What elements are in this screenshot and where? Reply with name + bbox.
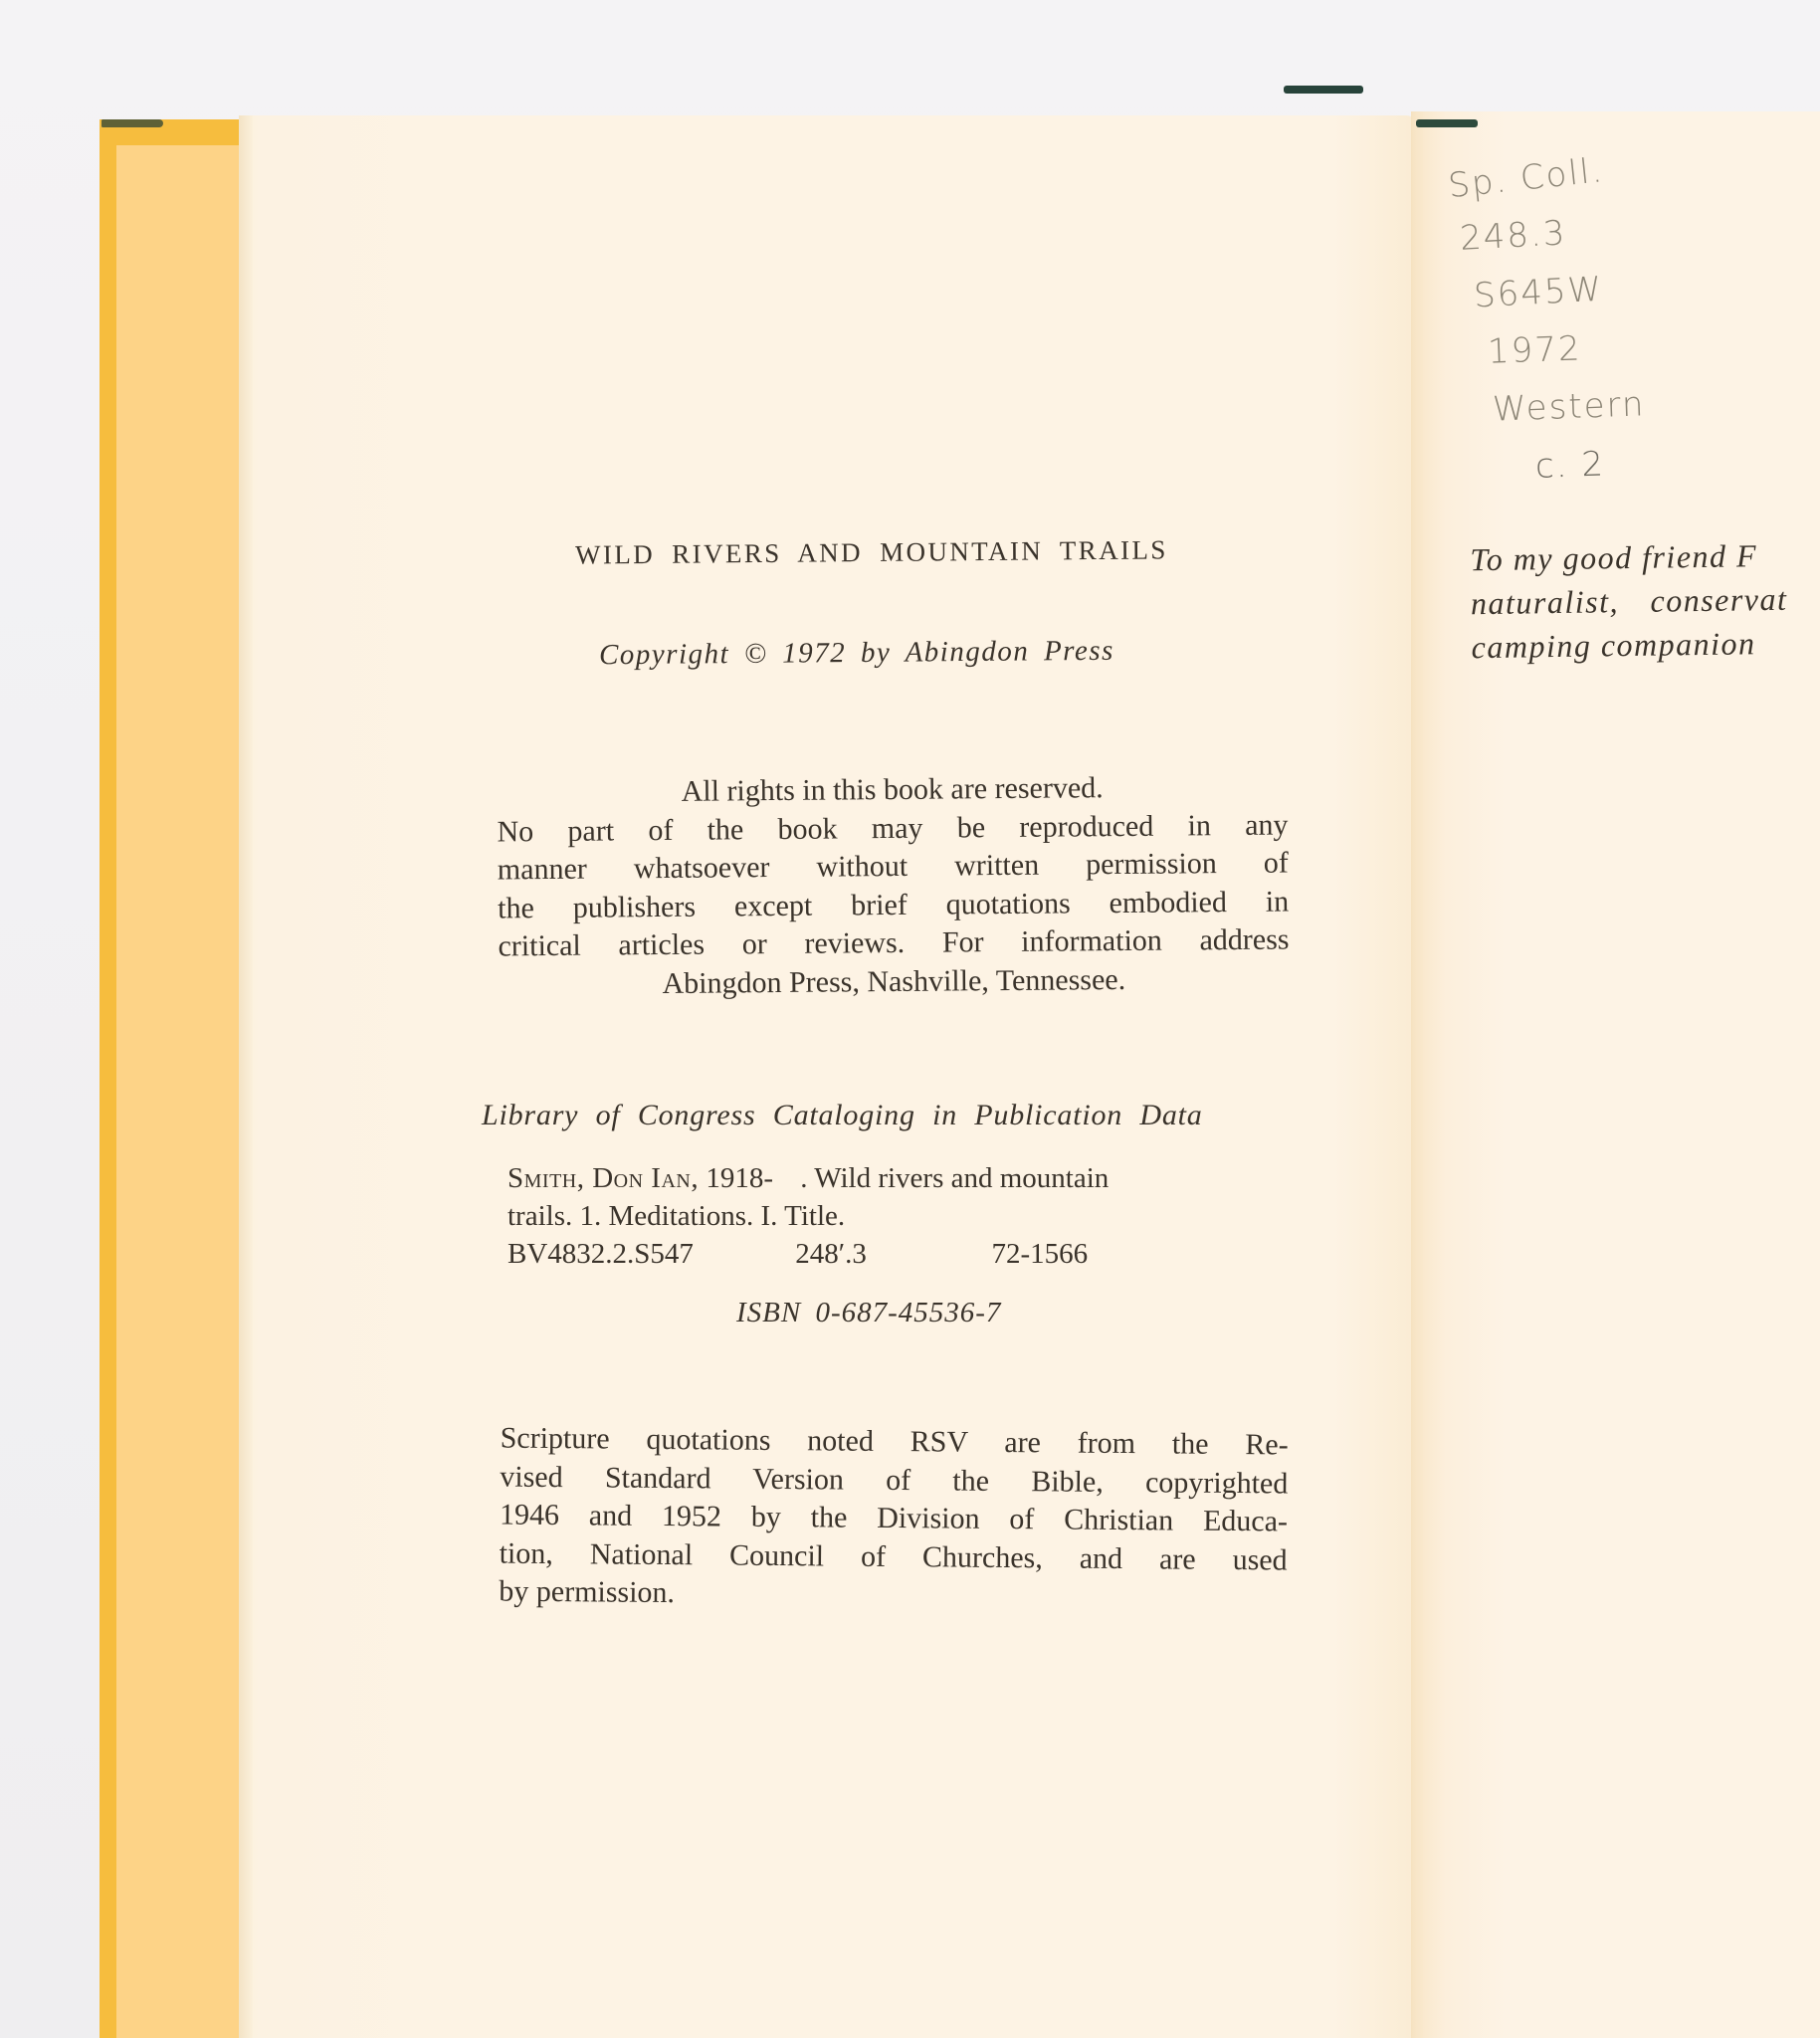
copyright-page <box>239 115 1418 2038</box>
dedication-line: naturalist, conservat <box>1471 577 1788 625</box>
scripture-line: by permission. <box>499 1573 1287 1618</box>
dedication-line: camping companion <box>1471 621 1788 669</box>
cip-author: Smith, Don Ian, <box>507 1162 699 1194</box>
handwritten-note: Western <box>1492 375 1646 438</box>
handwritten-note: c. 2 <box>1534 434 1646 496</box>
lc-call-number: BV4832.2.S547 <box>507 1235 788 1273</box>
book-gutter <box>1411 111 1423 2038</box>
handwritten-note: S645W <box>1473 259 1647 325</box>
cip-line-3: BV4832.2.S547 248′.3 72-1566 <box>507 1235 1279 1273</box>
cip-entry: Smith, Don Ian, 1918- . Wild rivers and … <box>507 1159 1279 1273</box>
dedication-line: To my good friend F <box>1470 533 1787 581</box>
scripture-permission-paragraph: Scripture quotations noted RSV are from … <box>499 1420 1289 1618</box>
scripture-line: 1946 and 1952 by the Division of Christi… <box>500 1497 1288 1541</box>
green-cover-edge <box>1284 86 1363 94</box>
rights-line: manner whatsoever without written permis… <box>498 845 1289 890</box>
rights-line: Abingdon Press, Nashville, Tennessee. <box>499 959 1290 1004</box>
rights-line: critical articles or reviews. For inform… <box>498 921 1289 966</box>
cip-heading: Library of Congress Cataloging in Public… <box>482 1099 1203 1132</box>
cip-line-1: Smith, Don Ian, 1918- . Wild rivers and … <box>507 1159 1279 1197</box>
isbn: ISBN 0-687-45536-7 <box>736 1297 1001 1329</box>
page-edge-shadow <box>239 115 253 2038</box>
cip-line-2: trails. 1. Meditations. I. Title. <box>507 1197 1279 1235</box>
lccn: 72-1566 <box>992 1235 1089 1273</box>
dedication-text: To my good friend F naturalist, conserva… <box>1470 533 1788 669</box>
cip-title-entry: . Wild rivers and mountain <box>800 1162 1109 1194</box>
book-title: WILD RIVERS AND MOUNTAIN TRAILS <box>575 534 1168 570</box>
cover-wear-mark <box>101 119 163 127</box>
scripture-line: Scripture quotations noted RSV are from … <box>501 1420 1289 1465</box>
handwritten-note: 1972 <box>1487 317 1646 380</box>
pencil-call-number-notes: Sp. Coll. 248.3 S645W 1972 Western c. 2 <box>1448 147 1645 494</box>
copyright-notice: Copyright © 1972 by Abingdon Press <box>599 635 1114 673</box>
green-cover-edge-right <box>1416 119 1478 127</box>
dewey-number: 248′.3 <box>795 1235 984 1273</box>
rights-reserved-paragraph: All rights in this book are reserved. No… <box>497 768 1290 1005</box>
handwritten-note: 248.3 <box>1459 200 1647 268</box>
book-cover-inner-endpaper <box>116 145 244 2038</box>
cip-author-dates: 1918- <box>706 1162 773 1194</box>
